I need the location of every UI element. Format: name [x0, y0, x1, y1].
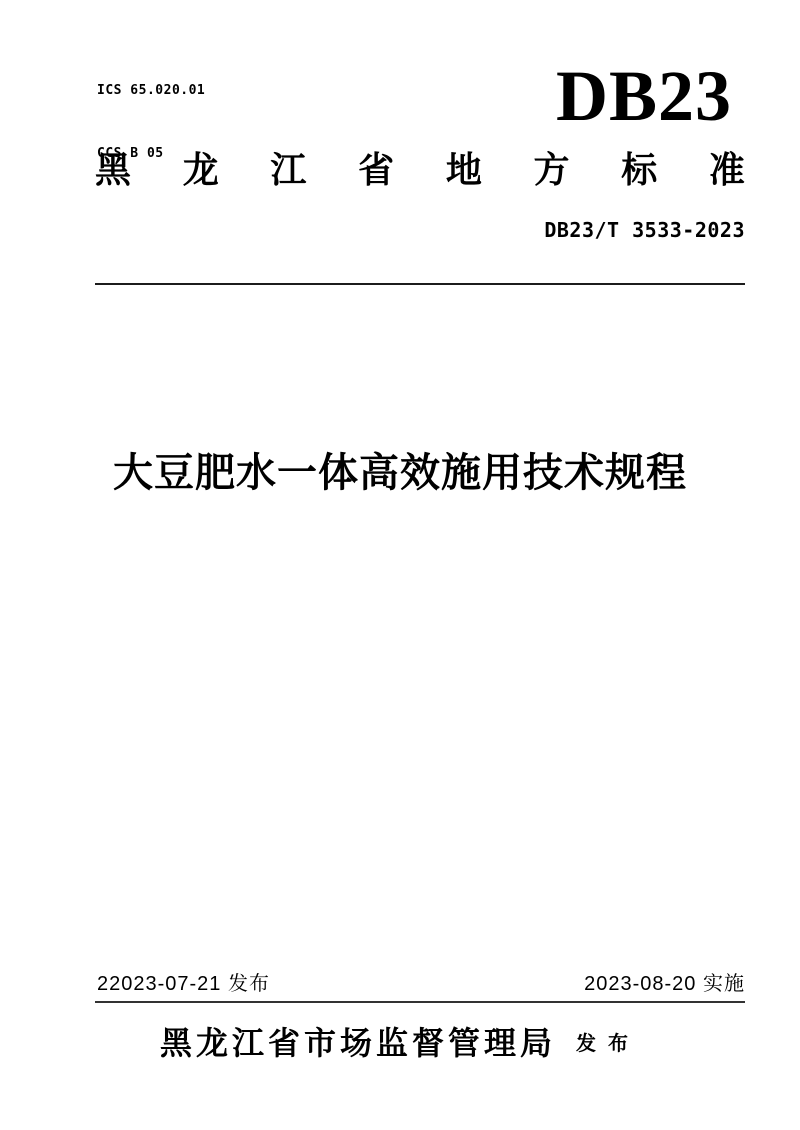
publisher-row: 黑龙江省市场监督管理局 发布: [0, 1026, 800, 1061]
header-divider: [95, 283, 745, 285]
db23-logo: DB23: [556, 60, 732, 132]
standard-number: DB23/T 3533-2023: [544, 218, 745, 242]
standard-type-heading: 黑龙江省地方标准: [95, 150, 745, 190]
standard-cover-page: ICS 65.020.01 CCS B 05 DB23 黑龙江省地方标准 DB2…: [0, 0, 800, 1130]
ics-code: ICS 65.020.01: [97, 80, 205, 101]
date-row: 22023-07-21 发布 2023-08-20 实施: [97, 972, 745, 996]
implement-date: 2023-08-20 实施: [584, 972, 745, 996]
standard-type-char: 省: [358, 150, 394, 190]
standard-type-char: 龙: [183, 150, 219, 190]
standard-type-char: 江: [270, 150, 306, 190]
standard-type-char: 地: [446, 150, 482, 190]
issue-date: 22023-07-21 发布: [97, 972, 270, 996]
standard-type-char: 标: [621, 150, 657, 190]
publish-action-label: 发布: [576, 1033, 640, 1055]
standard-type-char: 准: [709, 150, 745, 190]
standard-type-char: 黑: [95, 150, 131, 190]
publisher-name: 黑龙江省市场监督管理局: [160, 1026, 556, 1061]
document-title: 大豆肥水一体高效施用技术规程: [0, 449, 800, 497]
footer-divider: [95, 1001, 745, 1003]
standard-type-char: 方: [534, 150, 570, 190]
